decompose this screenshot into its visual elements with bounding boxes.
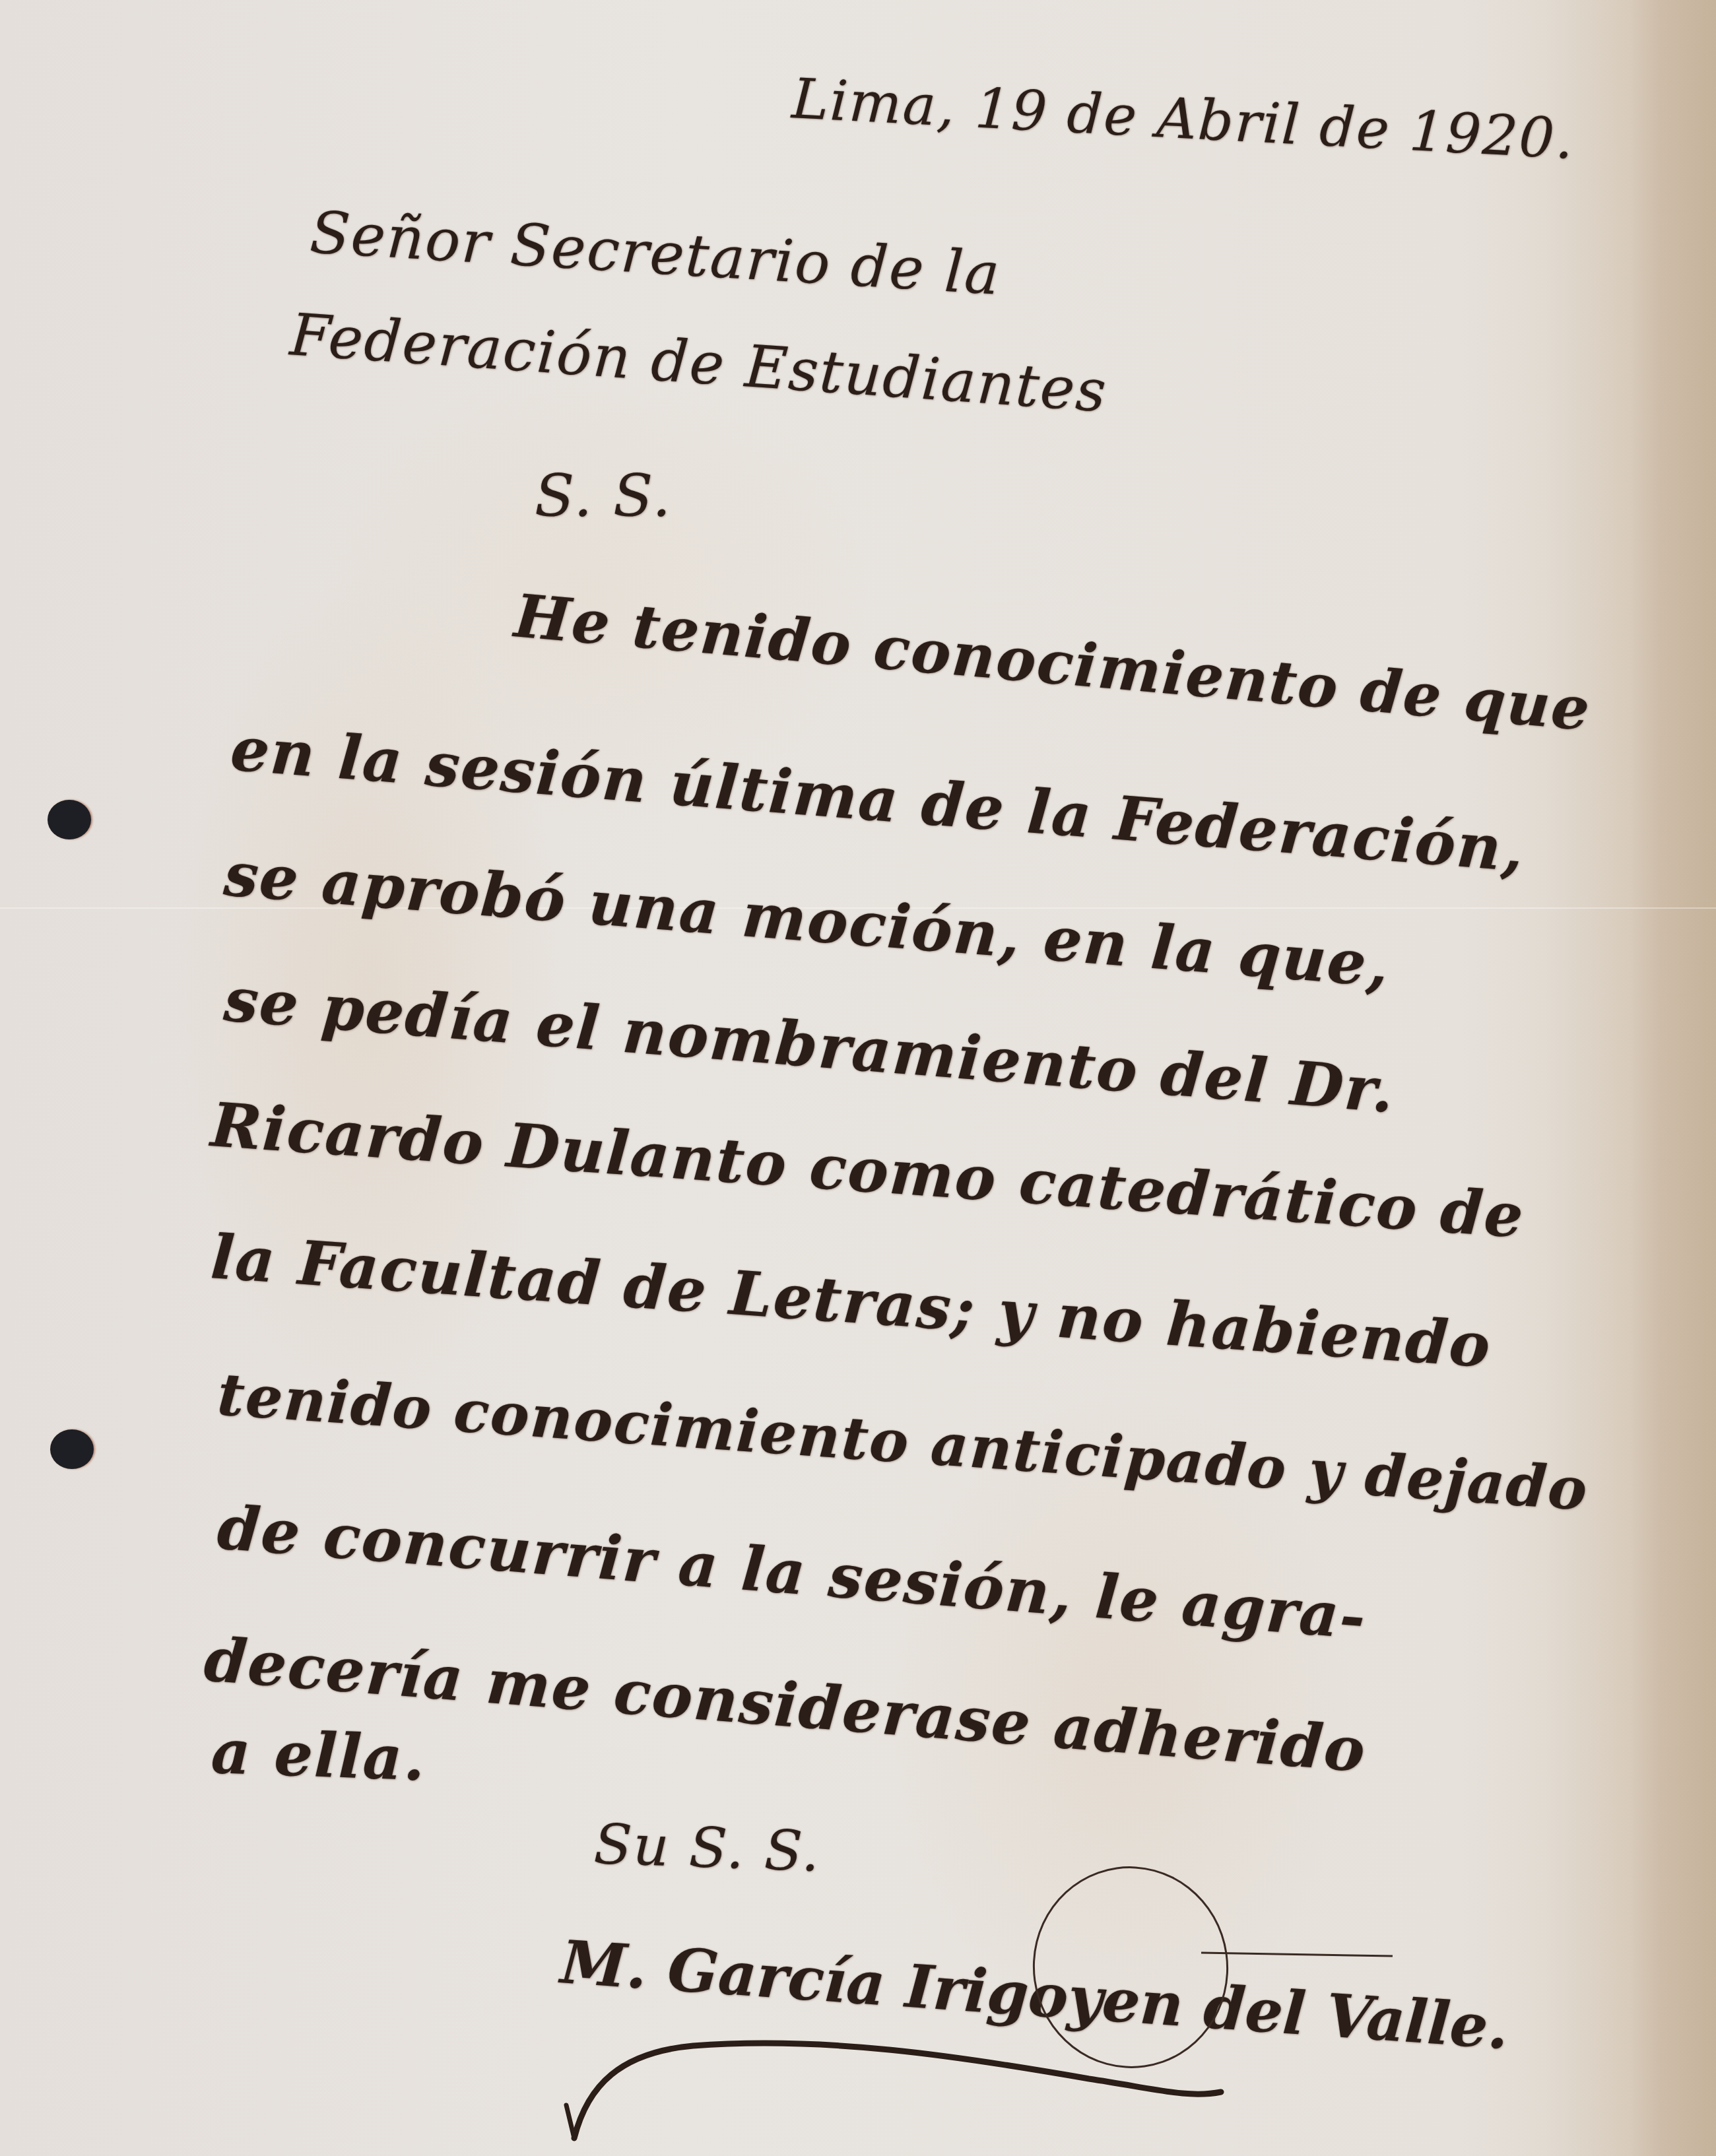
punch-hole-top (48, 800, 91, 839)
punch-hole-bottom (50, 1429, 94, 1469)
body-line: a ella. (210, 1716, 427, 1794)
closing: Su S. S. (593, 1812, 822, 1884)
salutation: S. S. (535, 462, 672, 530)
signature-flourish-icon (561, 2006, 1287, 2151)
right-edge-stain (1630, 0, 1716, 2156)
